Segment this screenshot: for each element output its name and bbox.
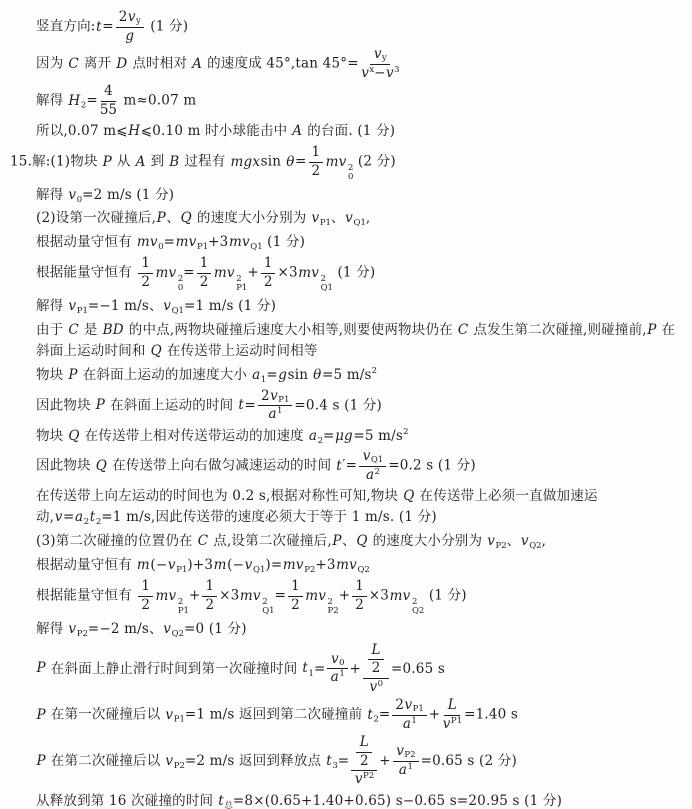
subscript: P2 (496, 541, 507, 551)
text-run: 2 (141, 275, 150, 291)
math-variable: v (163, 298, 172, 314)
math-variable: μg (335, 428, 354, 444)
text-run: ⩽0.10 m 时小球能击中 (141, 123, 292, 139)
text-run: 所以,0.07 m⩽ (36, 123, 128, 139)
text-run: 是 (79, 322, 102, 338)
text-run: (2)设第一次碰撞后, (36, 210, 156, 226)
text-run: =1 m/s 返回到第二次碰撞前 (185, 707, 367, 723)
text-run: 55 (100, 103, 117, 119)
subscript: 1 (339, 670, 344, 679)
sub-superscript-stack: 2P2 (328, 598, 339, 616)
math-variable: A (292, 123, 303, 139)
math-variable: P (156, 210, 166, 226)
fraction-denominator: a1 (268, 406, 282, 423)
math-variable: mv (282, 557, 304, 573)
text-run: 解得 (36, 93, 68, 109)
math-variable: v (167, 557, 176, 573)
text-run: 因此物块 (36, 397, 95, 413)
text-run: (1 分) (263, 234, 305, 250)
fraction: 12 (138, 579, 153, 613)
subscript: P2 (304, 565, 315, 575)
line-tan45: 因为 C 离开 D 点时相对 A 的速度成 45°,tan 45°=vyvx−v… (36, 47, 678, 81)
text-run: sin (288, 367, 313, 383)
text-run: 在第二次碰撞后以 (46, 753, 165, 769)
math-variable: v (163, 621, 172, 637)
fraction-denominator: 2 (264, 274, 273, 291)
line-solve-H2: 解得 H2=455 m≈0.07 m (36, 84, 678, 118)
text-run: =2 m/s (1 分) (82, 187, 174, 203)
fraction-numerator: vy (370, 47, 389, 65)
fraction: 12 (261, 256, 276, 290)
subscript: Q1 (250, 242, 262, 252)
subscript: P1 (451, 717, 462, 726)
math-variable: v (369, 680, 378, 696)
text-run: 过程有 (180, 154, 230, 170)
text-run: 2 (355, 598, 364, 614)
text-run: 解得 (36, 187, 68, 203)
text-run: 在传送带上向右做匀减速运动的时间 (108, 458, 336, 474)
math-variable: L (371, 643, 381, 659)
math-variable: mv (213, 265, 235, 281)
text-run: )+3 (187, 557, 213, 573)
subscript: Q2 (172, 629, 184, 639)
fraction-denominator: vP2 (354, 771, 374, 788)
text-run: =5 m/s (353, 428, 403, 444)
text-run: =0 (1 分) (184, 621, 247, 637)
line-a2: 物块 Q 在传送带上相对传送带运动的加速度 a2=μg=5 m/s2 (36, 426, 678, 447)
math-variable: P (95, 397, 105, 413)
fraction-denominator: a1 (330, 669, 344, 686)
sub-superscript-stack: 2P1 (178, 598, 189, 616)
subscript: P1 (236, 284, 247, 293)
subscript: P2 (404, 751, 415, 760)
fraction-numerator: 1 (261, 256, 276, 274)
math-variable: P (647, 322, 657, 338)
text-run: 2 (312, 164, 321, 180)
fraction-denominator: g (125, 28, 135, 45)
subscript: P1 (413, 705, 424, 714)
fraction: 12 (197, 256, 212, 290)
math-variable: L (447, 698, 457, 714)
line-energy-1: 根据能量守恒有 12mv20=12mv2P1+12×3mv2Q1 (1 分) (36, 256, 678, 293)
text-run: =1 m/s,因此传送带的速度必须大于等于 1 m/s. (1 分) (101, 509, 437, 525)
text-run: 的速度大小分别为 (192, 210, 311, 226)
text-run: (1 分) (424, 588, 466, 604)
fraction: 12 (202, 579, 217, 613)
text-run: 的速度大小分别为 (368, 533, 487, 549)
subscript: P1 (176, 565, 187, 575)
fraction: L2v0 (363, 643, 389, 696)
math-variable: v (330, 652, 339, 668)
fraction-numerator: 2vP1 (392, 698, 426, 716)
text-run: 解得 (36, 298, 68, 314)
text-run: 2 (264, 275, 273, 291)
fraction-denominator: 2 (360, 753, 369, 770)
text-run: sin (261, 154, 286, 170)
fraction-denominator: 2 (141, 597, 150, 614)
text-run: 竖直方向: (36, 19, 96, 35)
subscript: 2 (375, 468, 380, 477)
fraction-numerator: 1 (288, 579, 303, 597)
fraction: 12 (138, 256, 153, 290)
text-run: = (295, 154, 307, 170)
math-variable: v (345, 210, 354, 226)
text-run: + (429, 707, 441, 723)
fraction-denominator: 2 (205, 597, 214, 614)
text-run: 根据动量守恒有 (36, 234, 136, 250)
text-run: = (275, 588, 287, 604)
math-variable: C (68, 56, 80, 72)
text-run: = (338, 753, 350, 769)
subscript: Q1 (321, 284, 333, 293)
line-midpoint-reasoning: 由于 C 是 BD 的中点,两物块碰撞后速度大小相等,则要使两物块仍在 C 点发… (36, 320, 678, 362)
fraction: LvP1 (442, 698, 462, 732)
text-run: 1 (205, 579, 214, 595)
subscript: Q1 (262, 607, 274, 616)
fraction-numerator: L2 (363, 643, 389, 679)
fraction-numerator: L (444, 698, 460, 716)
text-run: 解得 (36, 621, 68, 637)
text-run: 在第一次碰撞后以 (46, 707, 165, 723)
superscript: 2 (321, 275, 326, 284)
fraction-numerator: L (356, 735, 372, 753)
text-run: 、 (342, 533, 356, 549)
fraction-numerator: v0 (327, 652, 347, 670)
text-run: 2 (261, 389, 270, 405)
line-solve-vp2-vq2: 解得 vP2=−2 m/s、vQ2=0 (1 分) (36, 619, 678, 640)
subscript: 0 (178, 284, 183, 293)
fraction: 2vP1a1 (258, 389, 292, 423)
math-variable: Q (180, 210, 192, 226)
line-a1: 物块 P 在斜面上运动的加速度大小 a1=gsin θ=5 m/s2 (36, 365, 678, 386)
text-run: (3)第二次碰撞的位置仍在 (36, 533, 197, 549)
text-run: 4 (104, 84, 113, 100)
text-run: 15.解:(1)物块 (10, 154, 102, 170)
text-run: ×3 (369, 588, 389, 604)
math-variable: Q (403, 488, 415, 504)
math-variable: B (169, 154, 180, 170)
math-variable: P (36, 660, 46, 676)
math-variable: g (278, 367, 288, 383)
fraction: vP2a1 (393, 744, 419, 778)
text-run: 从释放到第 16 次碰撞的时间 (36, 793, 218, 809)
text-run: =1 m/s (1 分) (184, 298, 276, 314)
line-solve-vp1-vq1: 解得 vP1=−1 m/s、vQ1=1 m/s (1 分) (36, 296, 678, 317)
text-run: =1.40 s (464, 707, 518, 723)
text-run: (1 分) (146, 19, 188, 35)
math-variable: v (68, 621, 77, 637)
text-run: =0.4 s (1 分) (294, 397, 382, 413)
math-variable: Q (356, 533, 368, 549)
subscript: Q2 (412, 607, 424, 616)
superscript: 2 (328, 598, 333, 607)
math-variable: v (361, 66, 370, 82)
text-run: = (379, 707, 391, 723)
text-run: 在斜面上运动的时间 (106, 397, 238, 413)
math-variable: mv (155, 265, 177, 281)
subscript: P2 (328, 607, 339, 616)
math-variable: a (402, 717, 411, 733)
subscript: 1 (411, 717, 416, 726)
subscript: P1 (197, 242, 208, 252)
text-run: 物块 (36, 367, 68, 383)
fraction: 455 (100, 84, 117, 118)
math-variable: v (165, 753, 174, 769)
fraction: 12 (352, 579, 367, 613)
text-run: =−1 m/s、 (88, 298, 163, 314)
math-variable: mv (175, 234, 197, 250)
text-run: 1 (312, 145, 321, 161)
fraction: L2 (356, 735, 372, 769)
text-run: =5 m/s (322, 367, 372, 383)
line-part3-setup: (3)第二次碰撞的位置仍在 C 点,设第二次碰撞后,P、Q 的速度大小分别为 v… (36, 531, 678, 552)
fraction: 12 (309, 145, 324, 179)
text-run: + (339, 588, 351, 604)
text-run: =0.65 s (2 分) (421, 753, 517, 769)
fraction-denominator: a1 (398, 762, 412, 779)
text-run: , (542, 533, 547, 549)
math-variable: v (385, 66, 394, 82)
fraction: L2vP2 (351, 735, 377, 788)
text-run: + (350, 660, 362, 676)
math-variable: v (354, 772, 363, 788)
text-run: 、 (166, 210, 180, 226)
text-run: 因此物块 (36, 458, 95, 474)
subscript: 总 (224, 801, 233, 809)
subscript: 0 (378, 680, 383, 689)
sub-superscript-stack: 2P1 (236, 275, 247, 293)
subscript: Q1 (172, 306, 184, 316)
text-run: 点发生第二次碰撞,则碰撞前, (469, 322, 647, 338)
fraction-denominator: 2 (372, 660, 381, 677)
text-run: 因为 (36, 56, 68, 72)
math-variable: A (192, 56, 203, 72)
line-part2-setup: (2)设第一次碰撞后,P、Q 的速度大小分别为 vP1、vQ1, (36, 208, 678, 229)
sub-superscript-stack: 2Q2 (412, 598, 424, 616)
text-run: 在传送带上向左运动的时间也为 0.2 s,根据对称性可知,物块 (36, 488, 403, 504)
math-variable: mv (239, 588, 261, 604)
text-run: 根据能量守恒有 (36, 588, 136, 604)
fraction-denominator: 2 (200, 274, 209, 291)
solution-lines: 竖直方向:t=2vyg (1 分)因为 C 离开 D 点时相对 A 的速度成 4… (36, 10, 678, 809)
math-variable: L (359, 735, 369, 751)
fraction-denominator: 2 (141, 274, 150, 291)
line-15-part1: 15.解:(1)物块 P 从 A 到 B 过程有 mgxsin θ=12mv20… (10, 145, 678, 182)
math-variable: A (135, 154, 146, 170)
math-variable: v (244, 557, 253, 573)
math-variable: v (270, 389, 279, 405)
subscript: Q1 (371, 456, 383, 465)
subscript: P2 (77, 629, 88, 639)
text-run: )= (265, 557, 282, 573)
math-variable: v (404, 698, 413, 714)
math-variable: a (398, 763, 407, 779)
line-t1: P 在斜面上静止滑行时间到第一次碰撞时间 t1=v0a1+L2v0=0.65 s (36, 643, 678, 696)
text-run: 2 (372, 661, 381, 677)
math-variable: P (36, 707, 46, 723)
math-variable: g (125, 29, 135, 45)
math-variable: H (68, 93, 81, 109)
subscript: Q1 (354, 218, 366, 228)
fraction-denominator: 55 (100, 102, 117, 119)
line-t3: P 在第二次碰撞后以 vP2=2 m/s 返回到释放点 t3=L2vP2+vP2… (36, 735, 678, 788)
text-run: = (86, 93, 98, 109)
fraction: vQ1a2 (359, 449, 386, 483)
text-run: = (314, 660, 326, 676)
text-run: 2 (141, 598, 150, 614)
line-vertical-direction: 竖直方向:t=2vyg (1 分) (36, 10, 678, 44)
text-run: =8×(0.65+1.40+0.65) s−0.65 s=20.95 s (1 … (233, 793, 562, 809)
text-run: 的中点,两物块碰撞后速度大小相等,则要使两物块仍在 (124, 322, 457, 338)
line-energy-2: 根据能量守恒有 12mv2P1+12×3mv2Q1=12mv2P2+12×3mv… (36, 579, 678, 616)
superscript: 2 (412, 598, 417, 607)
fraction-denominator: 2 (312, 163, 321, 180)
line-H-range: 所以,0.07 m⩽H⩽0.10 m 时小球能击中 A 的台面. (1 分) (36, 121, 678, 142)
math-variable: mv (325, 154, 347, 170)
math-variable: θ (313, 367, 322, 383)
math-variable: P (102, 154, 112, 170)
superscript: 2 (236, 275, 241, 284)
fraction-numerator: L2 (351, 735, 377, 771)
fraction-denominator: a2 (365, 467, 379, 484)
text-run: 在斜面上静止滑行时间到第一次碰撞时间 (46, 660, 302, 676)
text-run: = (323, 428, 335, 444)
text-run: 1 (355, 579, 364, 595)
fraction-denominator: 2 (291, 597, 300, 614)
subscript: 1 (407, 763, 412, 772)
fraction-numerator: 2vy (116, 10, 144, 28)
subscript: 1 (277, 407, 282, 416)
text-run: 、 (331, 210, 345, 226)
text-run: = (102, 19, 114, 35)
math-variable: mv (336, 557, 358, 573)
math-variable: mv (136, 234, 158, 250)
math-variable: v (54, 509, 63, 525)
text-run: =−2 m/s、 (88, 621, 163, 637)
text-run: 根据动量守恒有 (36, 557, 136, 573)
sub-superscript-stack: 2Q1 (321, 275, 333, 293)
math-variable: P (332, 533, 342, 549)
line-momentum-1: 根据动量守恒有 mv0=mvP1+3mvQ1 (1 分) (36, 232, 678, 253)
superscript: 2 (262, 598, 267, 607)
fraction-numerator: 1 (352, 579, 367, 597)
text-run: 在传送带上相对传送带运动的加速度 (80, 428, 308, 444)
math-variable: a (268, 407, 277, 423)
text-run: + (247, 265, 259, 281)
text-run: 1 (264, 256, 273, 272)
subscript: y (136, 17, 141, 26)
fraction-numerator: 4 (101, 84, 116, 102)
text-run: 1 (291, 579, 300, 595)
text-run: 从 (112, 154, 135, 170)
fraction-numerator: 1 (138, 579, 153, 597)
text-run: , (366, 210, 371, 226)
fraction-numerator: vQ1 (359, 449, 386, 467)
text-run: 2 (119, 10, 128, 26)
text-run: 2 (395, 698, 404, 714)
subscript: P2 (174, 761, 185, 771)
line-momentum-2: 根据动量守恒有 m(−vP1)+3m(−vQ1)=mvP2+3mvQ2 (36, 555, 678, 576)
math-variable: a (75, 509, 84, 525)
math-variable: D (116, 56, 128, 72)
solution-page: 竖直方向:t=2vyg (1 分)因为 C 离开 D 点时相对 A 的速度成 4… (0, 0, 692, 809)
math-variable: a (365, 468, 374, 484)
math-variable: Q (68, 428, 80, 444)
text-run: + (379, 753, 391, 769)
text-run: 1 (141, 256, 150, 272)
text-run: =0.65 s (391, 660, 445, 676)
text-run: 的速度成 45°,tan 45°= (203, 56, 359, 72)
text-run: (1 分) (333, 265, 375, 281)
math-variable: a (252, 367, 261, 383)
line-t2: P 在第一次碰撞后以 vP1=1 m/s 返回到第二次碰撞前 t2=2vP1a1… (36, 698, 678, 732)
math-variable: v (487, 533, 496, 549)
subscript: Q2 (357, 565, 369, 575)
math-variable: C (457, 322, 469, 338)
math-variable: t (302, 660, 309, 676)
subscript: Q2 (529, 541, 541, 551)
subscript: 0 (348, 173, 353, 182)
text-run: m≈0.07 m (119, 93, 196, 109)
text-run: 1 (200, 256, 209, 272)
subscript: Q1 (253, 565, 265, 575)
line-belt-speed: 在传送带上向左运动的时间也为 0.2 s,根据对称性可知,物块 Q 在传送带上必… (36, 486, 678, 528)
text-run: 、 (507, 533, 521, 549)
math-variable: Q (95, 458, 107, 474)
line-total-time: 从释放到第 16 次碰撞的时间 t总=8×(0.65+1.40+0.65) s−… (36, 791, 678, 809)
fraction-denominator: vx−v3 (361, 65, 400, 82)
fraction-numerator: 1 (202, 579, 217, 597)
math-variable: v (362, 449, 371, 465)
fraction-numerator: 1 (309, 145, 324, 163)
math-variable: Q (150, 343, 162, 359)
math-variable: v (311, 210, 320, 226)
text-run: 的台面. (1 分) (303, 123, 396, 139)
fraction: 2vP1a1 (392, 698, 426, 732)
math-variable: a (308, 428, 317, 444)
text-run: ×3 (277, 265, 297, 281)
math-variable: v (68, 298, 77, 314)
text-run: +3 (208, 234, 228, 250)
math-variable: v (373, 47, 382, 63)
math-variable: mgx (230, 154, 261, 170)
text-run: = (245, 397, 257, 413)
fraction-denominator: vP1 (442, 716, 462, 733)
text-run: 2 (200, 275, 209, 291)
text-run: ′= (342, 458, 357, 474)
text-run: = (164, 234, 176, 250)
math-variable: mv (305, 588, 327, 604)
fraction-numerator: 2vP1 (258, 389, 292, 407)
fraction-denominator: v0 (369, 679, 383, 696)
text-run: 离开 (79, 56, 115, 72)
text-run: 在斜面上运动的加速度大小 (78, 367, 251, 383)
math-variable: mv (298, 265, 320, 281)
superscript: 2 (403, 427, 408, 437)
math-variable: v (396, 744, 405, 760)
fraction: L2 (368, 643, 384, 677)
math-variable: P (36, 753, 46, 769)
sub-superscript-stack: 2Q1 (262, 598, 274, 616)
math-variable: mv (155, 588, 177, 604)
text-run: 2 (360, 754, 369, 770)
math-variable: C (197, 533, 209, 549)
math-variable: mv (228, 234, 250, 250)
math-variable: v (68, 187, 77, 203)
subscript: 3 (394, 66, 399, 75)
text-run: 2 (205, 598, 214, 614)
text-run: 点时相对 (128, 56, 192, 72)
